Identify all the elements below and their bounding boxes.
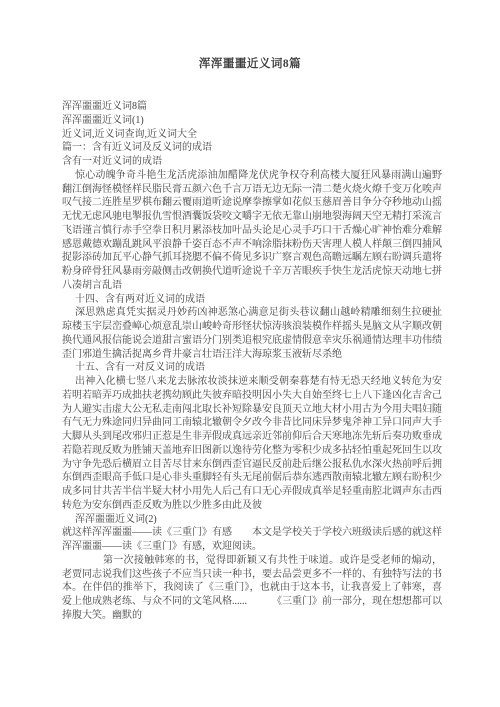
doc-heading-repeat: 浑浑噩噩近义词8篇 [62,100,442,114]
section-title-15: 十五、含有一对反义词的成语 [62,361,442,375]
subheading-part-2: 浑浑噩噩近义词(2) [62,513,442,527]
document-body: 浑浑噩噩近义词8篇浑浑噩噩近义词(1)近义词,近义词查询,近义词大全篇一：含有近… [62,100,442,623]
idiom-paragraph-2: 深思熟虑真凭实据灵丹妙药凶神恶煞心满意足街头巷议翻山越岭精雕细刻生拉硬扯琼楼玉宇… [62,306,442,361]
essay-paragraph: 第一次接触韩寒的书，觉得即新颖又有共性于味道。或许是受老师的煽动，老贾同志说我们… [62,554,442,623]
section-title-14: 十四、含有两对近义词的成语 [62,293,442,307]
meta-line: 近义词,近义词查询,近义词大全 [62,128,442,142]
section-subtitle: 含有一对近义词的成语 [62,155,442,169]
document-title: 浑浑噩噩近义词8篇 [0,0,500,71]
idiom-paragraph-1: 惊心动魄争奇斗艳生龙活虎添油加醋降龙伏虎争权夺利高楼大厦狂风暴雨满山遍野翻江倒海… [62,169,442,293]
essay-intro: 就这样浑浑噩噩——读《三重门》有感 本文是学校关于学校六班级读后感的就这样浑浑噩… [62,526,442,554]
document-page: 浑浑噩噩近义词8篇 浑浑噩噩近义词8篇浑浑噩噩近义词(1)近义词,近义词查询,近… [0,0,500,707]
idiom-paragraph-3: 出神入化横七竖八来龙去脉浓妆淡抹逆来顺受朝秦暮楚有恃无恐天经地义转危为安若明若暗… [62,375,442,513]
subheading-part-1: 浑浑噩噩近义词(1) [62,114,442,128]
section-title-pian1: 篇一：含有近义词及反义词的成语 [62,141,442,155]
